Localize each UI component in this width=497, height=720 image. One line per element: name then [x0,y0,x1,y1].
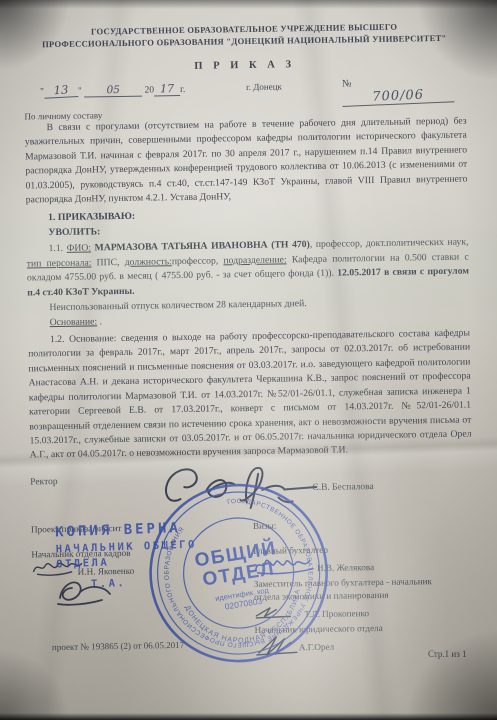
item11-number: 1.1. [48,243,66,254]
date-row: "13" 05 2017г. г. Донецк № 700/06 [24,77,466,104]
copy-stamp-signature [54,574,116,613]
order-number-label: № [342,78,352,89]
city-label: г. Донецк [246,81,282,92]
date-year-suffix: 17 [154,82,180,96]
item11-unit-label: подразделение: [223,254,286,266]
doc-title: П Р И К А З [24,57,466,75]
date-close-quote: " [78,87,82,97]
date-year-g: г. [180,85,185,95]
basis-item-1-2: 1.2. Основание: сведения о выходе на раб… [28,327,472,464]
rector-name: С.В. Беспалова [312,482,374,493]
item11-fio-label: ФИО: [67,243,92,254]
item11-after-name: , профессор, докт.политических наук, [310,237,469,250]
item11-position-value: профессор, [172,255,224,267]
basis-label: Основание: [50,316,98,328]
round-seal-stamp: ГОСУДАРСТВЕННОЕ ОБРАЗОВАТЕЛЬНОЕ УЧРЕЖДЕН… [132,467,346,685]
rector-label: Ректор [30,477,58,487]
date-year-prefix: 20 [145,85,155,95]
dismissal-item-1-1: 1.1. ФИО: МАРМАЗОВА ТАТЬЯНА ИВАНОВНА (ТН… [26,236,469,301]
item11-position-label: должность: [125,256,172,268]
item11-employee-name: МАРМАЗОВА ТАТЬЯНА ИВАНОВНА (ТН 470) [91,239,310,253]
order-number-block: № 700/06 [342,77,466,106]
item11-type-label: тип персонала: [27,257,92,269]
date-month: 05 [84,84,142,98]
date-block: "13" 05 2017г. [40,81,185,98]
item11-type-value: ППС, [91,257,124,269]
document-photo: ГОСУДАРСТВЕННОЕ ОБРАЗОВАТЕЛЬНОЕ УЧРЕЖДЕН… [0,0,497,720]
basis-tail: . [97,316,102,327]
footer-page-number: Стр.1 из 1 [428,649,467,659]
intro-paragraph: В связи с прогулами (отсутствием на рабо… [25,115,468,208]
order-number-value: 700/06 [342,86,455,107]
date-day: 13 [44,82,79,99]
